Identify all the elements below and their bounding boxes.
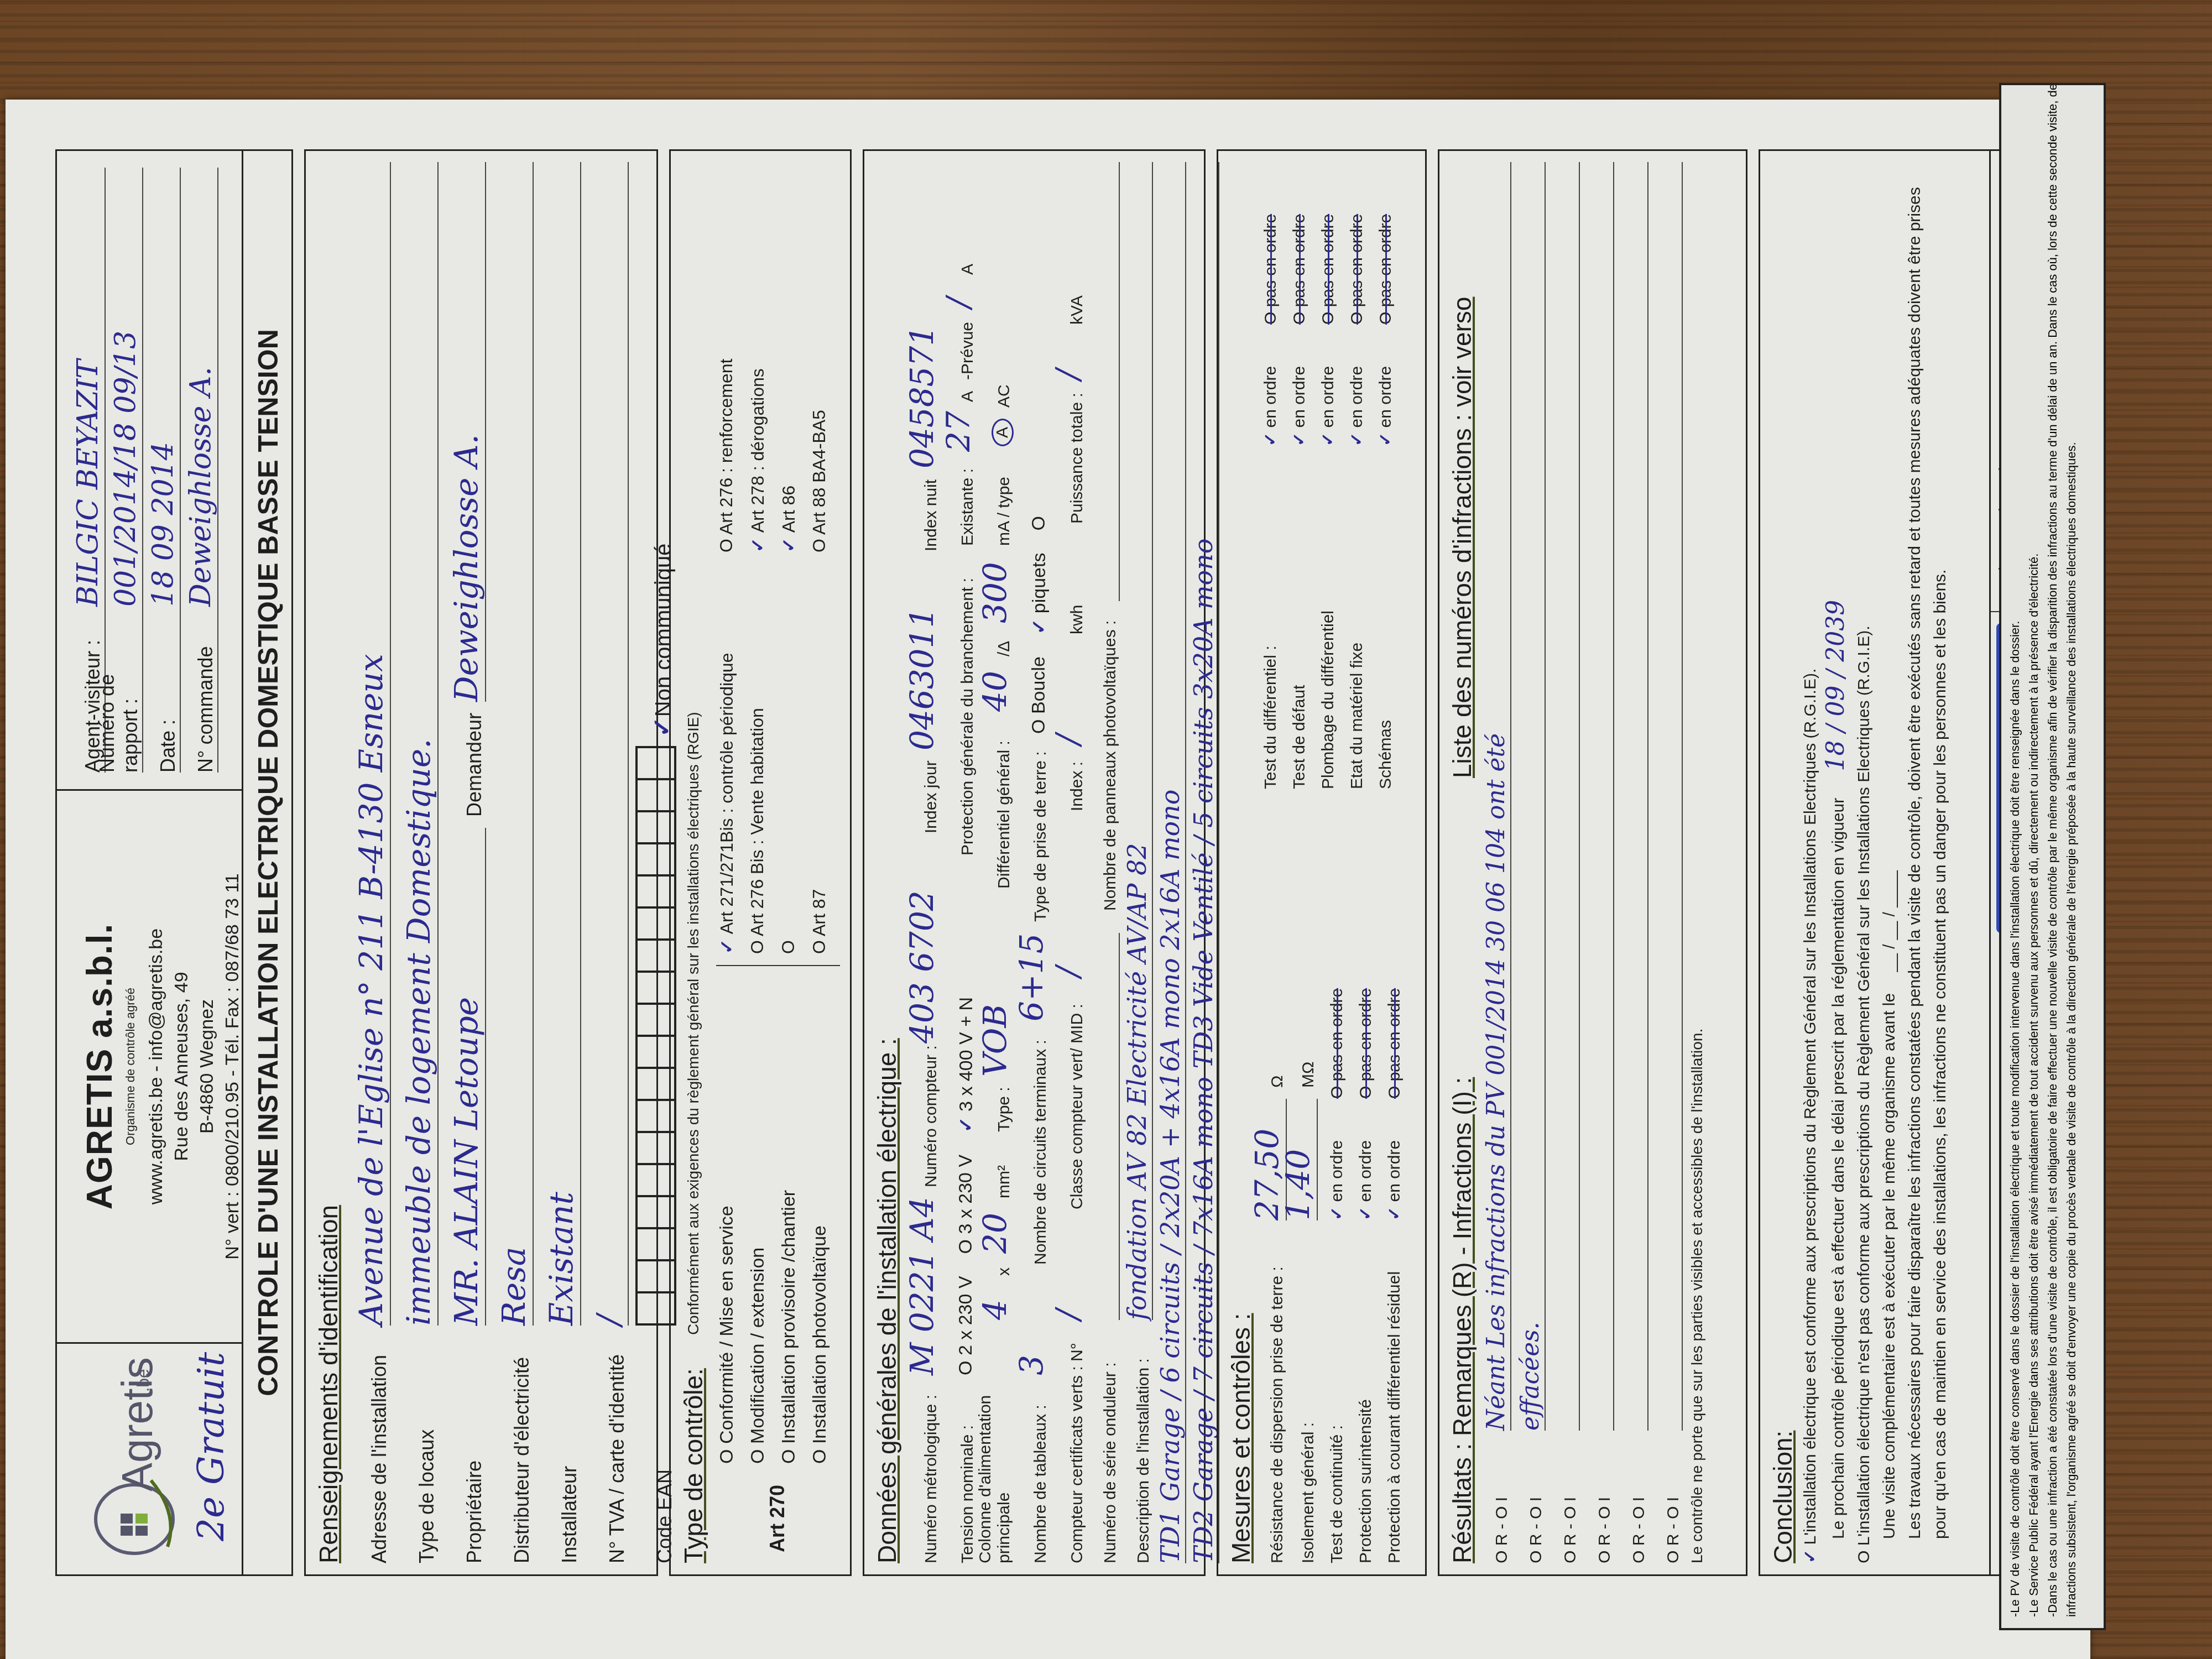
owner-value[interactable]: MR. ALAIN Letoupe — [447, 997, 485, 1326]
protection-existing-label: Existante : — [958, 452, 977, 546]
earth-option-label: piquets — [1029, 553, 1050, 614]
meter-row: Numéro métrologique : M 0221 A4 Numéro c… — [902, 151, 941, 1574]
right-check-4: Schémas✓ en ordreO pas en ordre — [1366, 151, 1395, 800]
check-nok-option[interactable]: O pas en ordre — [1385, 988, 1404, 1099]
earth-options: O Boucle✓ piquetsO — [1028, 516, 1050, 734]
date-label: Date : — [156, 607, 180, 773]
green-cert-value[interactable]: / — [1049, 1209, 1087, 1320]
green-cert-label: Compteur certificats verts : N° — [1068, 1320, 1087, 1563]
check-label: Test de défaut — [1290, 446, 1309, 789]
requester-value[interactable]: Deweighlosse A. — [447, 434, 485, 702]
voltage-option-0[interactable]: O 2 x 230 V — [955, 1276, 977, 1375]
other-article-options: ✓ Art 271/271Bis : contrôle périodiqueO … — [716, 151, 840, 966]
check-nok-option[interactable]: O pas en ordre — [1357, 988, 1375, 1099]
protection-label: Protection générale du branchement : — [958, 546, 977, 855]
insulation-unit: MΩ — [1299, 1062, 1318, 1088]
inverter-label: Numéro de série onduleur : — [1101, 1320, 1120, 1563]
check-ok-option[interactable]: ✓ en ordre — [1290, 325, 1309, 446]
description-row-2: TD1 Garage / 6 circuits / 2x20A + 4x16A … — [1153, 151, 1186, 1574]
radio-circle-icon[interactable]: O — [716, 535, 736, 552]
identification-section: Renseignements d'identification Adresse … — [304, 149, 658, 1576]
vat-value[interactable]: / — [590, 1314, 628, 1326]
handwritten-note: 2e Gratuit — [190, 1352, 232, 1541]
green-class-label: Classe compteur vert/ MID : — [1068, 977, 1087, 1209]
left-check-0: Test de continuité :✓ en ordreO pas en o… — [1318, 800, 1347, 1574]
index-night-label: Index nuit — [922, 468, 941, 551]
check-nok-option[interactable]: O pas en ordre — [1328, 988, 1347, 1099]
article-option-label: Art 87 — [809, 889, 829, 936]
conclusion-ok-row[interactable]: ✓ L'installation électrique est conforme… — [1798, 162, 1823, 1563]
conclusion-ok-text: L'installation électrique est conforme a… — [1801, 669, 1819, 1545]
check-label: Test de continuité : — [1328, 1220, 1347, 1563]
earth-resistance-label: Résistance de dispersion prise de terre … — [1268, 1220, 1287, 1563]
control-type-section: Type de contrôle: Conformément aux exige… — [669, 149, 852, 1576]
right-check-list: Test du différentiel :✓ en ordreO pas en… — [1218, 151, 1404, 800]
differential-type-value[interactable]: A — [992, 419, 1014, 446]
owner-label: Propriétaire — [463, 1326, 486, 1563]
insulation-label: Isolement général : — [1299, 1220, 1318, 1563]
identification-title: Renseignements d'identification — [314, 151, 343, 1563]
earth-option-2[interactable]: O — [1028, 516, 1050, 530]
left-check-1: Protection surintensité✓ en ordreO pas e… — [1347, 800, 1375, 1574]
address-value[interactable]: Avenue de l'Eglise n° 211 B-4130 Esneux — [352, 654, 390, 1326]
power-value[interactable]: / — [1049, 325, 1087, 380]
logo-cell: Agretis .be 2e Gratuit — [57, 1342, 242, 1574]
result-row-type[interactable]: O R - O I — [1561, 1431, 1580, 1563]
voltage-option-label: 3 x 400 V + N — [956, 997, 977, 1112]
protection-planned-unit: A — [958, 264, 977, 275]
metrological-label: Numéro métrologique : — [922, 1375, 941, 1563]
boards-value[interactable]: 3 — [1013, 1265, 1050, 1375]
description-label: Description de l'installation : — [1134, 1320, 1153, 1563]
meter-label: Numéro compteur : — [922, 1044, 941, 1187]
works-text: Les travaux nécessaires pour faire dispa… — [1902, 162, 1953, 1563]
insulation-value[interactable]: 1,40 — [1279, 1149, 1317, 1220]
result-row-type[interactable]: O R - O I — [1664, 1431, 1683, 1563]
index-value[interactable]: / — [1049, 634, 1087, 745]
index-day-label: Index jour — [922, 750, 941, 833]
footer-note: -Dans le cas ou une infraction a été con… — [2043, 83, 2081, 1617]
org-name: AGRETIS a.s.b.l. — [79, 802, 120, 1331]
org-tagline: Organisme de contrôle agréé — [123, 802, 138, 1331]
check-ok-option[interactable]: ✓ en ordre — [1261, 325, 1280, 446]
checkmark-icon[interactable]: ✓ — [956, 1112, 977, 1133]
article-option-label: Art 88 BA4-BA5 — [809, 410, 829, 535]
footer-note: -Le PV de visite de contrôle doit être c… — [2006, 83, 2025, 1617]
check-ok-option[interactable]: ✓ en ordre — [1318, 325, 1338, 446]
result-row-type[interactable]: O R - O I — [1630, 1431, 1648, 1563]
result-row[interactable]: O R - O INéant Les infractions du PV 001… — [1477, 151, 1511, 1574]
pv-panels-label: Nombre de panneaux photovoltaïques : — [1101, 601, 1120, 911]
article-option-1[interactable]: O Art 276 : renforcement — [716, 151, 747, 552]
checkmark-icon[interactable]: ✓ — [1385, 1207, 1404, 1220]
report-value[interactable]: 001/2014/18 09/13 — [109, 168, 142, 607]
checkmark-icon[interactable]: ✓ — [1319, 432, 1337, 446]
form-frame: Agretis .be 2e Gratuit AGRETIS a.s.b.l. … — [55, 149, 2057, 1576]
check-ok-option[interactable]: ✓ en ordre — [1347, 325, 1366, 446]
insulation-row: Isolement général : 1,40 MΩ — [1287, 800, 1318, 1574]
description-line-1[interactable]: fondation AV 82 Electricité AV/AP 82 — [1122, 843, 1152, 1320]
check-label: Protection à courant différentiel résidu… — [1385, 1220, 1404, 1563]
radio-circle-icon[interactable]: O — [778, 1444, 799, 1464]
left-check-list: Test de continuité :✓ en ordreO pas en o… — [1318, 800, 1404, 1574]
revisit-date[interactable]: __ / __ / ____ — [1880, 870, 1898, 972]
cable-type-value[interactable]: VOB — [976, 889, 1014, 1077]
premises-row: Type de locaux immeuble de logement Dome… — [391, 151, 439, 1574]
differential-a-value[interactable]: 40 — [976, 656, 1014, 712]
cable-type-label: Type : — [995, 1077, 1014, 1132]
result-row-text[interactable] — [1579, 162, 1580, 1431]
meter-value[interactable]: 403 6702 — [903, 833, 941, 1044]
index-night-value[interactable]: 0458571 — [903, 326, 941, 468]
control-type-subtitle: Conformément aux exigences du règlement … — [685, 712, 702, 1335]
conclusion-ok-check-icon[interactable]: ✓ — [1801, 1545, 1819, 1563]
distributor-label: Distributeur d'électricité — [510, 1326, 534, 1563]
article-option-3[interactable]: ✓ Art 278 : dérogations — [747, 151, 778, 552]
voltage-option-2[interactable]: ✓ 3 x 400 V + N — [955, 997, 977, 1133]
result-row[interactable]: O R - O I — [1614, 151, 1648, 1574]
next-control-text: Le prochain contrôle périodique est à ef… — [1829, 798, 1848, 1539]
article-option-6[interactable]: O Art 87 — [809, 552, 840, 954]
distributor-row: Distributeur d'électricité Resa — [486, 151, 534, 1574]
protection-planned-value[interactable]: / — [940, 275, 977, 308]
article-option-label: Art 86 — [779, 486, 799, 533]
protection-existing-value[interactable]: 27 — [940, 402, 977, 452]
radio-circle-icon[interactable]: O — [716, 1444, 737, 1464]
radio-circle-icon[interactable]: O — [809, 936, 829, 954]
description-line-3[interactable]: TD2 Garage / 7 circuits / 7x16A mono TD3… — [1188, 538, 1218, 1563]
earth-label: Type de prise de terre : — [1031, 734, 1050, 922]
form-title: CONTROLE D'UNE INSTALLATION ELECTRIQUE D… — [243, 149, 293, 1576]
installer-value[interactable]: Existant — [542, 1192, 580, 1326]
result-row-type[interactable]: O R - O I — [1493, 1431, 1511, 1563]
checkmark-icon[interactable]: ✓ — [1348, 432, 1366, 446]
differential-type-alt: AC — [995, 384, 1014, 408]
radio-circle-icon[interactable]: O — [778, 940, 798, 954]
inverter-row: Numéro de série onduleur : Nombre de pan… — [1087, 151, 1120, 1574]
installer-label: Installateur — [558, 1326, 581, 1563]
boards-row: Nombre de tableaux : 3 Nombre de circuit… — [1014, 151, 1050, 1574]
article-option-2[interactable]: O Art 276 Bis : Vente habitation — [747, 552, 778, 954]
differential-delta-sep: /Δ — [995, 623, 1014, 656]
art270-option-1[interactable]: O Modification / extension — [747, 966, 778, 1464]
check-ok-option[interactable]: ✓ en ordre — [1327, 1099, 1347, 1220]
measures-section: Mesures et contrôles : Résistance de dis… — [1217, 149, 1427, 1576]
article-option-label: Art 276 Bis : Vente habitation — [747, 708, 767, 936]
article-option-5[interactable]: ✓ Art 86 — [778, 151, 809, 552]
index-label: Index : — [1068, 745, 1087, 811]
checkmark-icon[interactable]: ✓ — [1261, 432, 1280, 446]
result-row-text[interactable]: effacées. — [1516, 162, 1546, 1431]
revisit-text: Une visite complémentaire est à exécuter… — [1880, 993, 1898, 1539]
checkmark-icon[interactable]: ✓ — [1328, 1207, 1346, 1220]
order-row: N° commande Deweighlosse A. — [181, 168, 218, 773]
next-control-date[interactable]: 18 / 09 / 2039 — [1822, 600, 1850, 771]
org-street: Rue des Anneuses, 49 — [169, 802, 194, 1331]
form-header: Agretis .be 2e Gratuit AGRETIS a.s.b.l. … — [55, 149, 243, 1576]
date-row: Date : 18 09 2014 — [143, 168, 181, 773]
result-row-text[interactable] — [1647, 162, 1648, 1431]
circuits-value[interactable]: 6+15 — [1013, 922, 1050, 1021]
check-ok-option[interactable]: ✓ en ordre — [1376, 325, 1395, 446]
order-value[interactable]: Deweighlosse A. — [184, 168, 217, 607]
circuits-label: Nombre de circuits terminaux : — [1031, 1021, 1050, 1265]
checkmark-icon[interactable]: ✓ — [748, 533, 768, 552]
check-nok-option[interactable]: O pas en ordre — [1319, 214, 1338, 325]
control-type-title: Type de contrôle: — [679, 1368, 708, 1563]
agent-value[interactable]: BILGIC BEYAZIT — [71, 168, 105, 607]
voltage-row: Tension nominale : O 2 x 230 VO 3 x 230 … — [941, 151, 977, 1574]
right-check-0: Test du différentiel :✓ en ordreO pas en… — [1251, 151, 1280, 800]
voltage-options: O 2 x 230 VO 3 x 230 V✓ 3 x 400 V + N — [955, 855, 977, 1375]
voltage-option-label: 3 x 230 V — [955, 1155, 976, 1234]
radio-circle-icon[interactable]: O — [809, 535, 829, 552]
art270-option-label: Installation photovoltaïque — [809, 1225, 830, 1444]
right-check-2: Plombage du différentiel✓ en ordreO pas … — [1309, 151, 1338, 800]
check-nok-option[interactable]: O pas en ordre — [1290, 214, 1309, 325]
general-data-section: Données générales de l'installation élec… — [863, 149, 1206, 1576]
report-row: Numéro de rapport : 001/2014/18 09/13 — [106, 168, 143, 773]
art270-label: Art 270 — [716, 1464, 840, 1574]
revisit-row: Une visite complémentaire est à exécuter… — [1877, 162, 1902, 1563]
voltage-option-1[interactable]: O 3 x 230 V — [955, 1155, 977, 1254]
checkmark-icon[interactable]: ✓ — [1290, 432, 1308, 446]
radio-circle-icon[interactable]: O — [955, 1355, 976, 1375]
green-row: Compteur certificats verts : N° / Classe… — [1050, 151, 1087, 1574]
result-row-text[interactable] — [1682, 162, 1683, 1431]
index-day-value[interactable]: 0463011 — [903, 551, 941, 750]
description-row-3: TD2 Garage / 7 circuits / 7x16A mono TD3… — [1186, 151, 1219, 1574]
premises-value[interactable]: immeuble de logement Domestique. — [400, 738, 437, 1326]
conclusion-nok-text: L'installation électrique n'est pas conf… — [1855, 625, 1873, 1546]
result-row[interactable]: O R - O Ieffacées. — [1511, 151, 1546, 1574]
column-times: x — [995, 1254, 1014, 1276]
earth-option-0[interactable]: O Boucle — [1028, 656, 1050, 734]
check-label: Etat du matériel fixe — [1348, 446, 1366, 789]
agretis-logo: Agretis .be — [90, 1359, 179, 1558]
article-option-label: Art 271/271Bis : contrôle périodique — [717, 653, 737, 935]
check-ok-option[interactable]: ✓ en ordre — [1385, 1099, 1404, 1220]
article-option-label: Art 278 : dérogations — [748, 368, 768, 533]
column-label: Colonne d'alimentation principale — [976, 1320, 1014, 1563]
article-option-7[interactable]: O Art 88 BA4-BA5 — [809, 151, 840, 552]
footer-note: -Le Service Public Fédéral ayant l'Energ… — [2025, 83, 2043, 1617]
article-option-label: Art 276 : renforcement — [716, 359, 736, 535]
index-unit: kwh — [1068, 524, 1087, 634]
org-phone: N° vert : 0800/210.95 - Tél. Fax : 087/6… — [220, 802, 245, 1331]
radio-circle-icon[interactable]: O — [955, 1234, 976, 1254]
voltage-label: Tension nominale : — [958, 1375, 977, 1563]
conclusion-nok-radio[interactable]: O — [1855, 1546, 1873, 1563]
results-section: Résultats : Remarques (R) - Infractions … — [1438, 149, 1747, 1576]
check-nok-option[interactable]: O pas en ordre — [1376, 214, 1395, 325]
right-check-1: Test de défaut✓ en ordreO pas en ordre — [1280, 151, 1309, 800]
right-check-3: Etat du matériel fixe✓ en ordreO pas en … — [1338, 151, 1366, 800]
report-label: Numéro de rapport : — [96, 607, 142, 773]
art270-options: O Conformité / Mise en serviceO Modifica… — [716, 966, 840, 1464]
result-row-type[interactable]: O R - O I — [1595, 1431, 1614, 1563]
check-label: Test du différentiel : — [1261, 446, 1280, 789]
column-value-a[interactable]: 4 — [976, 1276, 1014, 1320]
radio-circle-icon[interactable]: O — [747, 1444, 768, 1464]
infractions-list-title: Liste des numéros d'infractions : voir v… — [1447, 297, 1477, 778]
voltage-option-label: 2 x 230 V — [955, 1276, 976, 1355]
earth-option-label: Boucle — [1028, 656, 1049, 714]
differential-type-label: mA / type — [995, 446, 1014, 546]
general-data-title: Données générales de l'installation élec… — [872, 151, 902, 1563]
result-row-type[interactable]: O R - O I — [1527, 1431, 1546, 1563]
footer-legal-box: -Le PV de visite de contrôle doit être c… — [1999, 83, 2106, 1630]
measures-left: Mesures et contrôles : Résistance de dis… — [1218, 800, 1404, 1574]
art270-option-label: Conformité / Mise en service — [716, 1206, 737, 1444]
vat-label: N° TVA / carte d'identité — [606, 1326, 629, 1563]
description-line-2[interactable]: TD1 Garage / 6 circuits / 2x20A + 4x16A … — [1155, 789, 1185, 1563]
differential-delta-value[interactable]: 300 — [976, 546, 1014, 623]
inspection-form-sheet: Agretis .be 2e Gratuit AGRETIS a.s.b.l. … — [6, 100, 2090, 1659]
result-row-text[interactable]: Néant Les infractions du PV 001/2014 30 … — [1482, 162, 1511, 1431]
power-unit: kVA — [1068, 295, 1087, 325]
result-row[interactable]: O R - O I — [1580, 151, 1614, 1574]
art270-option-label: Modification / extension — [747, 1248, 768, 1444]
check-nok-option[interactable]: O pas en ordre — [1261, 214, 1280, 325]
conclusion-nok-row[interactable]: O L'installation électrique n'est pas co… — [1851, 162, 1877, 1563]
art270-option-label: Installation provisoire /chantier — [778, 1190, 799, 1444]
conclusion-title: Conclusion: — [1768, 162, 1798, 1563]
next-control-row: Le prochain contrôle périodique est à ef… — [1823, 162, 1851, 1563]
check-label: Protection surintensité — [1357, 1220, 1375, 1563]
check-label: Schémas — [1376, 446, 1395, 789]
result-row[interactable]: O R - O I — [1546, 151, 1580, 1574]
protection-unit: A — [958, 380, 977, 402]
earth-option-1[interactable]: ✓ piquets — [1028, 553, 1050, 635]
column-unit: mm² — [995, 1132, 1014, 1198]
art270-option-3[interactable]: O Installation photovoltaïque — [809, 966, 840, 1464]
results-disclaimer: Le contrôle ne porte que sur les parties… — [1688, 162, 1706, 1563]
requester-label: Demandeur — [463, 713, 486, 817]
description-row: Description de l'installation : fondatio… — [1120, 151, 1153, 1574]
radio-circle-icon[interactable]: O — [1028, 516, 1049, 530]
checkmark-icon[interactable]: ✓ — [717, 934, 737, 954]
distributor-value[interactable]: Resa — [495, 1247, 533, 1326]
check-nok-option[interactable]: O pas en ordre — [1348, 214, 1366, 325]
agent-cell: Agent-visiteur : BILGIC BEYAZIT Numéro d… — [57, 151, 242, 789]
date-value[interactable]: 18 09 2014 — [147, 168, 180, 607]
protection-planned-label: -Prévue — [958, 308, 977, 380]
check-ok-option[interactable]: ✓ en ordre — [1356, 1099, 1375, 1220]
organisation-cell: AGRETIS a.s.b.l. Organisme de contrôle a… — [57, 789, 242, 1342]
conclusion-section: Conclusion: ✓ L'installation électrique … — [1759, 149, 1991, 1576]
checkmark-icon[interactable]: ✓ — [779, 533, 799, 552]
owner-row: Propriétaire MR. ALAIN Letoupe Demandeur… — [439, 151, 486, 1574]
checkmark-icon[interactable]: ✓ — [1357, 1207, 1375, 1220]
org-city: B-4860 Wegnez — [194, 802, 220, 1331]
vat-row: N° TVA / carte d'identité / — [581, 151, 629, 1574]
address-label: Adresse de l'installation — [368, 1326, 391, 1563]
logo-suffix: .be — [134, 1369, 153, 1392]
order-label: N° commande — [194, 607, 217, 773]
premises-label: Type de locaux — [415, 1326, 439, 1563]
article-option-0[interactable]: ✓ Art 271/271Bis : contrôle périodique — [716, 552, 747, 954]
power-label: Puissance totale : — [1068, 380, 1087, 524]
art270-option-2[interactable]: O Installation provisoire /chantier — [778, 966, 809, 1464]
column-row: Colonne d'alimentation principale 4 x 20… — [977, 151, 1014, 1574]
org-web[interactable]: www.agretis.be - info@agretis.be — [143, 802, 169, 1331]
result-row[interactable]: O R - O I — [1648, 151, 1683, 1574]
art270-option-0[interactable]: O Conformité / Mise en service — [716, 966, 747, 1464]
installer-row: Installateur Existant — [534, 151, 581, 1574]
radio-circle-icon[interactable]: O — [747, 936, 767, 954]
address-row: Adresse de l'installation Avenue de l'Eg… — [343, 151, 391, 1574]
earth-resistance-unit: Ω — [1268, 1076, 1287, 1088]
checkmark-icon[interactable]: ✓ — [1376, 432, 1395, 446]
metrological-value[interactable]: M 0221 A4 — [903, 1187, 941, 1375]
article-option-4[interactable]: O — [778, 552, 809, 954]
checkmark-icon[interactable]: ✓ — [1029, 613, 1050, 634]
result-rows: O R - O INéant Les infractions du PV 001… — [1477, 151, 1683, 1574]
differential-label: Différentiel général : — [995, 712, 1014, 889]
radio-circle-icon[interactable]: O — [809, 1444, 830, 1464]
column-value-b[interactable]: 20 — [976, 1198, 1014, 1254]
radio-circle-icon[interactable]: O — [1028, 714, 1049, 734]
check-label: Plombage du différentiel — [1319, 446, 1338, 789]
result-row-text[interactable] — [1613, 162, 1614, 1431]
results-title: Résultats : Remarques (R) - Infractions … — [1447, 789, 1477, 1563]
boards-label: Nombre de tableaux : — [1031, 1375, 1050, 1563]
green-class-value[interactable]: / — [1049, 811, 1087, 977]
left-check-2: Protection à courant différentiel résidu… — [1375, 800, 1404, 1574]
